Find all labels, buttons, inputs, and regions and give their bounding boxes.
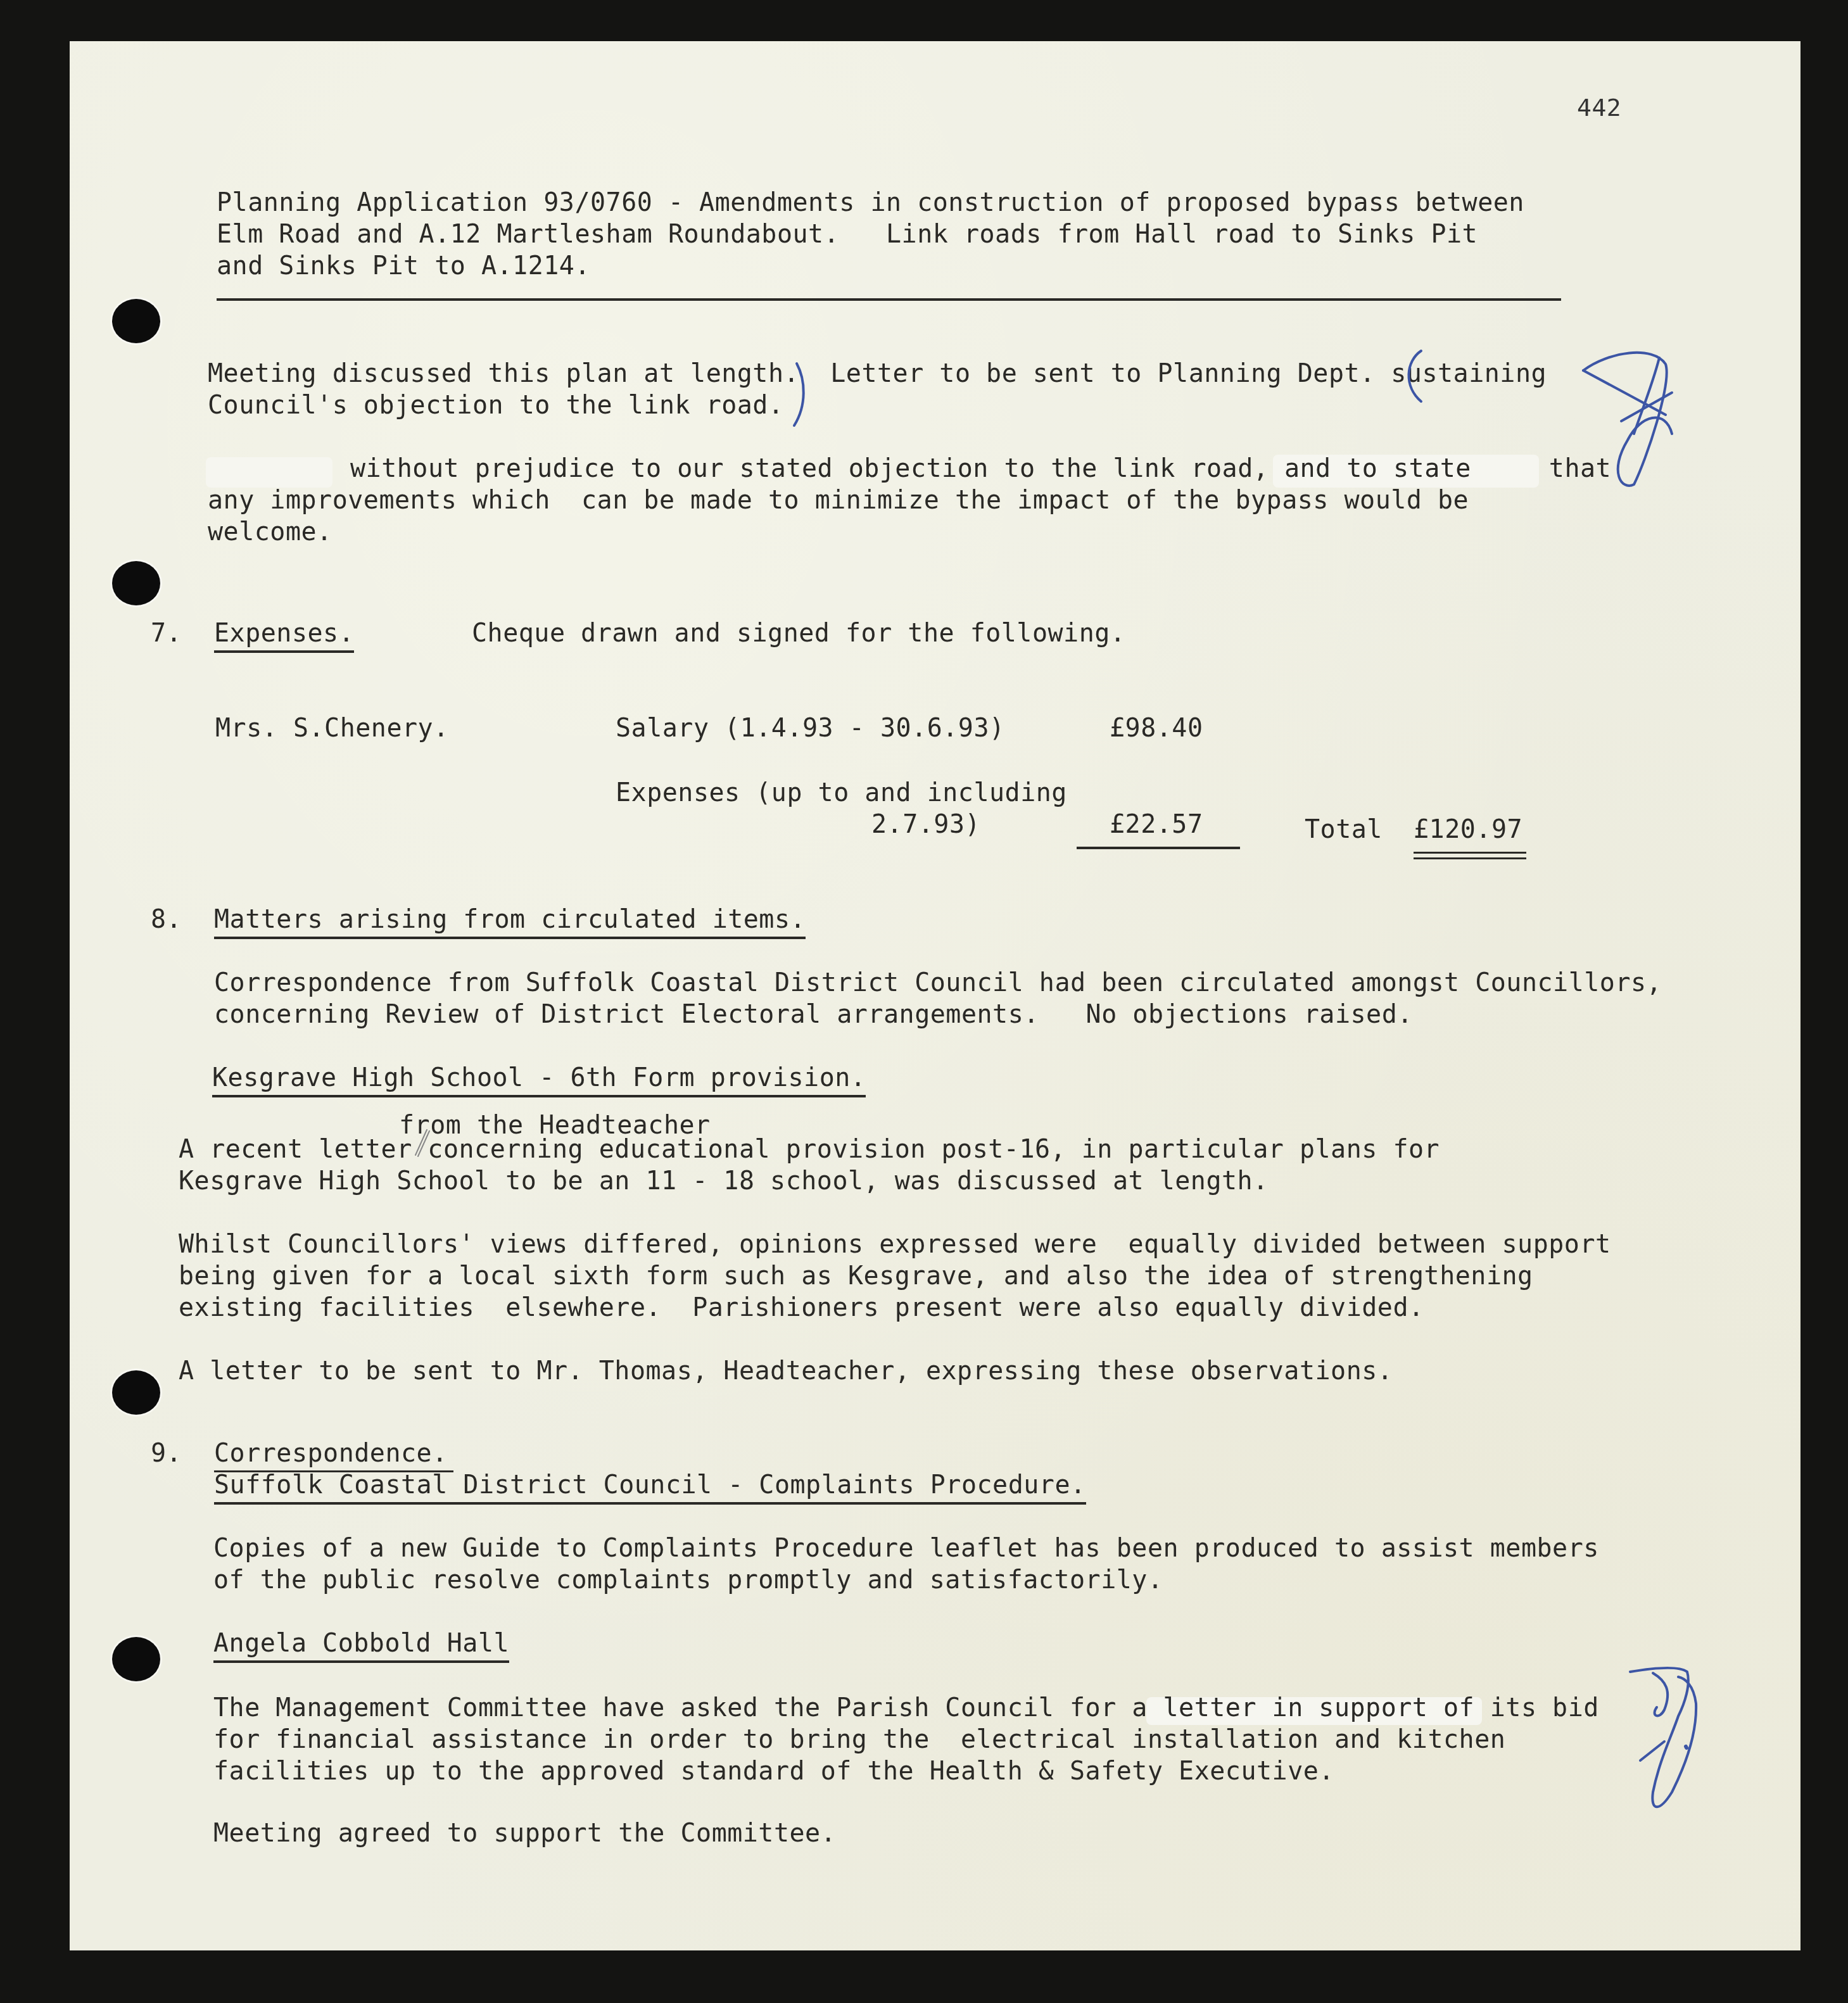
kesgrave-views-line: Whilst Councillors' views differed, opin… [179, 1229, 1611, 1260]
planning-para1-line: Council's objection to the link road. [208, 389, 784, 421]
punch-hole [112, 561, 160, 605]
handwritten-initials-icon [1571, 345, 1678, 497]
hall-para-line: The Management Committee have asked the … [213, 1692, 1599, 1724]
hall-resolution: Meeting agreed to support the Committee. [213, 1817, 836, 1849]
planning-para2-line: without prejudice to our stated objectio… [350, 453, 1611, 484]
hall-heading: Angela Cobbold Hall [213, 1627, 509, 1663]
kesgrave-letter-line: Kesgrave High School to be an 11 - 18 sc… [179, 1165, 1269, 1197]
correction-fluid-mark [206, 457, 332, 488]
heading-underline [214, 1470, 453, 1472]
expense-description: Expenses (up to and including [616, 777, 1067, 809]
total-double-underline [1414, 852, 1526, 854]
total-double-underline [1414, 857, 1526, 859]
planning-para2-line: any improvements which can be made to mi… [208, 484, 1469, 516]
hall-para-line: for financial assistance in order to bri… [213, 1724, 1505, 1755]
complaints-para-line: of the public resolve complaints promptl… [213, 1564, 1163, 1596]
section-divider [217, 298, 1561, 301]
item-number: 7. [151, 617, 182, 649]
planning-para1-line: Meeting discussed this plan at length. L… [208, 358, 1547, 389]
item-heading: Correspondence. [214, 1437, 448, 1470]
expense-description: Salary (1.4.93 - 30.6.93) [616, 712, 1005, 744]
kesgrave-subheading: Kesgrave High School - 6th Form provisio… [212, 1062, 866, 1097]
complaints-subheading: Suffolk Coastal District Council - Compl… [214, 1469, 1086, 1505]
hall-para-line: facilities up to the approved standard o… [213, 1755, 1334, 1787]
kesgrave-letter-line: A recent letter concerning educational p… [179, 1134, 1440, 1165]
expense-amount: £98.40 [1110, 712, 1203, 744]
planning-title-line: Elm Road and A.12 Martlesham Roundabout.… [217, 218, 1478, 250]
planning-para2-line: welcome. [208, 516, 332, 548]
item-heading: Matters arising from circulated items. [214, 904, 806, 939]
item-heading: Expenses. [214, 617, 354, 653]
planning-title-line: Planning Application 93/0760 - Amendment… [217, 187, 1524, 218]
kesgrave-views-line: existing facilities elsewhere. Parishion… [179, 1292, 1424, 1324]
page-number: 442 [1577, 92, 1621, 123]
total-amount: £120.97 [1414, 814, 1522, 845]
handwritten-initials-icon [1628, 1665, 1704, 1817]
punch-hole [112, 1637, 160, 1681]
handwritten-bracket-icon [792, 361, 811, 431]
expenses-intro: Cheque drawn and signed for the followin… [472, 617, 1125, 649]
expense-description-cont: 2.7.93) [871, 809, 980, 840]
punch-hole [112, 299, 160, 343]
planning-title-line: and Sinks Pit to A.1214. [217, 250, 590, 282]
subtotal-underline [1077, 847, 1240, 849]
kesgrave-action: A letter to be sent to Mr. Thomas, Headt… [179, 1355, 1393, 1387]
handwritten-bracket-icon [1400, 348, 1425, 405]
item8-para-line: Correspondence from Suffolk Coastal Dist… [214, 967, 1662, 999]
item-number: 8. [151, 904, 182, 935]
kesgrave-views-line: being given for a local sixth form such … [179, 1260, 1533, 1292]
expense-amount: £22.57 [1110, 809, 1203, 840]
payee-name: Mrs. S.Chenery. [215, 712, 449, 744]
item8-para-line: concerning Review of District Electoral … [214, 999, 1413, 1030]
punch-hole [112, 1370, 160, 1415]
item-number: 9. [151, 1437, 182, 1469]
complaints-para-line: Copies of a new Guide to Complaints Proc… [213, 1532, 1599, 1564]
total-label: Total [1305, 814, 1383, 845]
